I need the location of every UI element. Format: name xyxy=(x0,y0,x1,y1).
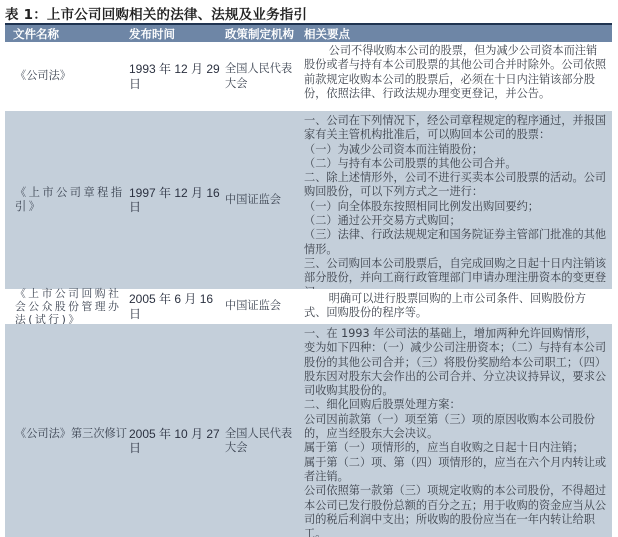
key-point: 一、公司在下列情况下，经公司章程规定的程序通过，并报国家有关主管机构批准后，可以… xyxy=(304,114,608,143)
file-name-cell: 《上市公司回购社会公众股份管理办法(试行)》 xyxy=(5,289,127,324)
key-point: （一）向全体股东按照相同比例发出购回要约； xyxy=(304,200,608,214)
table-row: 《上市公司回购社会公众股份管理办法(试行)》 2005 年 6 月 16 日 中… xyxy=(5,289,612,324)
agency-cell: 全国人民代表大会 xyxy=(223,42,299,111)
key-point: （一）为减少公司资本而注销股份； xyxy=(304,143,608,157)
table-header: 文件名称 发布时间 政策制定机构 相关要点 xyxy=(5,23,612,42)
header-publish-date: 发布时间 xyxy=(127,26,223,42)
table-row: 《公司法》第三次修订 2005 年 10 月 27 日 全国人民代表大会 一、在… xyxy=(5,324,612,537)
date-text: 1997 年 12 月 16 日 xyxy=(129,186,223,214)
header-key-points: 相关要点 xyxy=(299,26,612,42)
date-cell: 2005 年 6 月 16 日 xyxy=(127,289,223,324)
key-point: 公司依照第一款第（三）项规定收购的本公司股份，不得超过本公司已发行股份总额的百分… xyxy=(304,484,608,537)
key-point: （三）法律、行政法规规定和国务院证券主管部门批准的其他情形。 xyxy=(304,228,608,257)
key-points-cell: 明确可以进行股票回购的上市公司条件、回购股份方式、回购股份的程序等。 xyxy=(299,289,612,324)
key-point: （二）通过公开交易方式购回； xyxy=(304,214,608,228)
file-name-cell: 《公司法》 xyxy=(5,42,127,111)
key-points-cell: 公司不得收购本公司的股票，但为减少公司资本而注销股份或者与持有本公司股票的其他公… xyxy=(299,42,612,111)
key-points-cell: 一、在 1993 年公司法的基础上，增加两种允许回购情形，变为如下四种：（一）减… xyxy=(299,324,612,537)
date-cell: 2005 年 10 月 27 日 xyxy=(127,324,223,537)
date-cell: 1997 年 12 月 16 日 xyxy=(127,111,223,289)
key-point: 二、细化回购后股票处理方案： xyxy=(304,398,608,412)
key-point: 属于第（一）项情形的，应当自收购之日起十日内注销； xyxy=(304,441,608,455)
agency-cell: 中国证监会 xyxy=(223,289,299,324)
header-file-name: 文件名称 xyxy=(5,26,127,42)
date-text: 1993 年 12 月 29 日 xyxy=(129,62,223,90)
key-point: 公司因前款第（一）项至第（三）项的原因收购本公司股份的，应当经股东大会决议。 xyxy=(304,413,608,442)
regulations-table: 文件名称 发布时间 政策制定机构 相关要点 《公司法》 1993 年 12 月 … xyxy=(5,23,612,537)
table-row: 《上市公司章程指引》 1997 年 12 月 16 日 中国证监会 一、公司在下… xyxy=(5,111,612,289)
file-name-cell: 《上市公司章程指引》 xyxy=(5,111,127,289)
key-point: （二）与持有本公司股票的其他公司合并。 xyxy=(304,157,608,171)
key-point: 一、在 1993 年公司法的基础上，增加两种允许回购情形，变为如下四种：（一）减… xyxy=(304,327,608,398)
date-text: 2005 年 6 月 16 日 xyxy=(129,292,223,320)
table-row: 《公司法》 1993 年 12 月 29 日 全国人民代表大会 公司不得收购本公… xyxy=(5,42,612,111)
key-point: 公司不得收购本公司的股票，但为减少公司资本而注销股份或者与持有本公司股票的其他公… xyxy=(304,44,608,101)
key-points-cell: 一、公司在下列情况下，经公司章程规定的程序通过，并报国家有关主管机构批准后，可以… xyxy=(299,111,612,289)
file-name-cell: 《公司法》第三次修订 xyxy=(5,324,127,537)
key-point: 明确可以进行股票回购的上市公司条件、回购股份方式、回购股份的程序等。 xyxy=(304,292,608,321)
key-point: 二、除上述情形外，公司不进行买卖本公司股票的活动。公司购回股份，可以下列方式之一… xyxy=(304,171,608,200)
header-agency: 政策制定机构 xyxy=(223,26,299,42)
date-cell: 1993 年 12 月 29 日 xyxy=(127,42,223,111)
key-point: 属于第（二）项、第（四）项情形的，应当在六个月内转让或者注销。 xyxy=(304,456,608,485)
date-text: 2005 年 10 月 27 日 xyxy=(129,427,223,455)
agency-cell: 全国人民代表大会 xyxy=(223,324,299,537)
table-caption: 表 1：上市公司回购相关的法律、法规及业务指引 xyxy=(5,3,307,23)
agency-cell: 中国证监会 xyxy=(223,111,299,289)
